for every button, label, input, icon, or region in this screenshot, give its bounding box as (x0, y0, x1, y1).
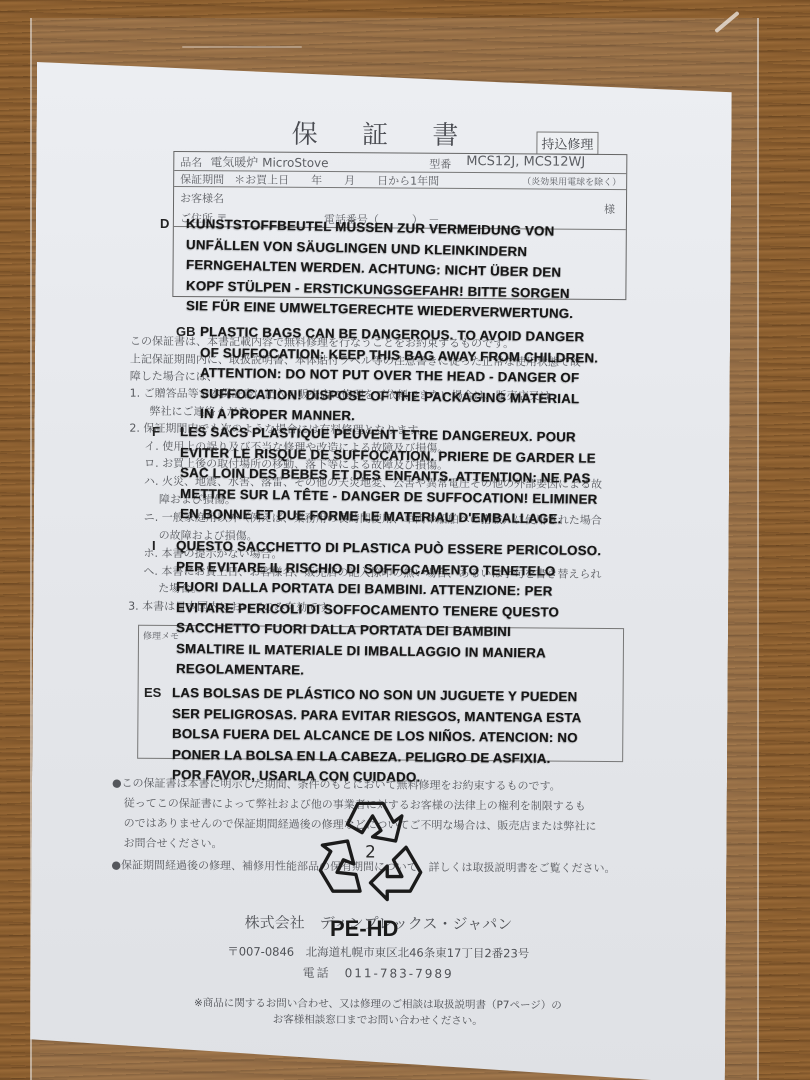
language-code: F (152, 424, 160, 439)
warning-line: POR FAVOR, USARLA CON CUIDADO. (172, 765, 421, 788)
glare (182, 46, 302, 48)
product-label: 品名 (180, 154, 202, 170)
glare (714, 11, 740, 33)
memo-label: 修理メモ (143, 629, 179, 642)
customer-suffix: 様 (604, 201, 615, 217)
recycle-triangle-icon: 2 (318, 795, 423, 910)
language-code: I (152, 538, 156, 553)
recycle-code: 2 (365, 842, 376, 862)
period-label: 保証期間 (180, 171, 224, 187)
warning-line: REGOLAMENTARE. (176, 659, 304, 681)
language-code: GB (176, 324, 196, 339)
company-address: 〒007-0846 北海道札幌市東区北46条東17丁目2番23号 (31, 942, 726, 963)
company-phone: 電話 011-783-7989 (31, 962, 726, 984)
language-code: D (160, 216, 169, 231)
language-code: ES (144, 685, 161, 700)
note-line: お問合せください。 (123, 835, 222, 852)
carry-in-repair-badge: 持込修理 (536, 131, 598, 154)
document-title: 保 証 書 (36, 112, 731, 154)
model-label: 型番 (429, 156, 451, 172)
model-value: MCS12J, MCS12WJ (466, 154, 585, 170)
material-code: PE-HD (330, 916, 398, 942)
product-value: 電気暖炉 MicroStove (210, 153, 328, 171)
period-note: （炎効果用電球を除く） (522, 174, 621, 188)
customer-label: お客様名 (180, 190, 224, 206)
